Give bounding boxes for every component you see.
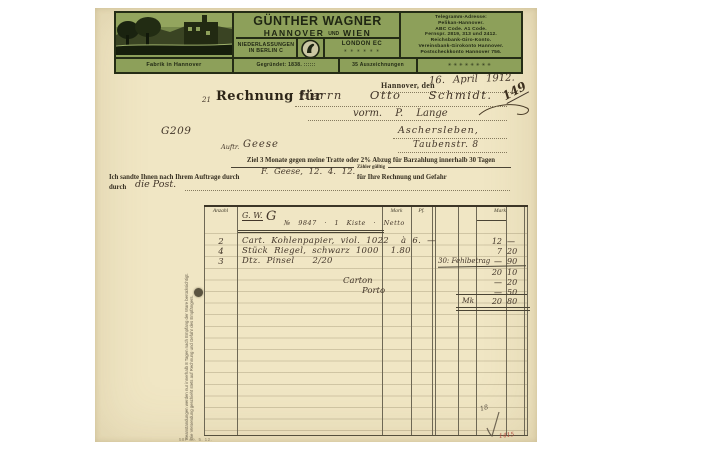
row-amount-pf: 20 <box>507 247 523 256</box>
margin-fine-print: Beanstandungen werden nur innerhalb 8 Ta… <box>184 210 194 440</box>
extra-row-pf: 50 <box>507 288 523 297</box>
shipping-sentence-end: für Ihre Rechnung und Gefahr <box>357 174 447 181</box>
street-rule <box>398 152 507 153</box>
scanned-invoice-photo: { "letterhead": { "company": "GÜNTHER WA… <box>0 0 720 450</box>
rule-right <box>388 167 511 168</box>
branches-city: IN BERLIN C <box>249 48 283 54</box>
form-number: 587 de. 5. 12. <box>179 437 212 442</box>
subtotal-pf: 10 <box>507 268 523 277</box>
branches-london: LONDON EC ✳ ✳ ✳ ✳ ✳ ✳ <box>325 39 399 57</box>
column-header-pf: Pf. <box>411 208 432 214</box>
extra-row-mark: — <box>474 288 502 297</box>
row-amount-mark: — <box>474 257 502 266</box>
london-label: LONDON EC <box>342 41 383 47</box>
total-double-rule <box>456 307 530 311</box>
subtotal-mark: 20 <box>474 268 502 277</box>
table-column-divider <box>527 207 528 436</box>
margin-fine-print-line: Die Versendung geschieht stets auf Rechn… <box>189 210 194 440</box>
via-handwritten: die Post. <box>135 179 176 190</box>
branches-label: NIEDERLASSUNGEN <box>238 42 295 48</box>
order-number: G209 <box>161 125 191 137</box>
telegram-address-block: Telegramm-Adresse: Pelikan-Hannover. ABC… <box>401 13 521 57</box>
row-amount-mark: 12 <box>474 237 502 246</box>
letterhead-center: GÜNTHER WAGNER HANNOVER UND WIEN NIEDERL… <box>236 13 401 57</box>
recipient-rule-2 <box>308 120 507 121</box>
row-description: Stück Riegel, schwarz 1000 1.80 <box>242 246 411 256</box>
pre-total-rule <box>456 294 527 295</box>
table-column-divider <box>458 207 459 436</box>
extra-row-label: Porto <box>362 286 385 296</box>
row-description: Cart. Kohlenpapier, viol. 1022 à 6. — <box>242 236 436 246</box>
amount-header-underline <box>477 220 506 221</box>
shipping-mark-initial: G <box>266 209 276 224</box>
margin-number: 21 <box>202 96 211 104</box>
total-pf: 80 <box>507 297 523 306</box>
table-column-divider <box>237 207 238 436</box>
table-column-divider <box>524 207 525 436</box>
column-header-amount: Mark <box>476 208 524 214</box>
awards-label: 35 Auszeichnungen <box>340 59 418 72</box>
founded-label: Gegründet: 1838. :::::: <box>234 59 340 72</box>
row-amount-pf: 90 <box>507 257 523 266</box>
london-ornament: ✳ ✳ ✳ ✳ ✳ ✳ <box>325 48 399 53</box>
branches-berlin: NIEDERLASSUNGEN IN BERLIN C <box>236 39 298 57</box>
row-description: Dtz. Pinsel 2/20 <box>242 256 333 266</box>
dateline-handwritten: 16. April 1912. <box>429 73 515 87</box>
factory-scene-icon <box>116 13 232 55</box>
pelican-emblem <box>298 39 325 57</box>
company-name: GÜNTHER WAGNER <box>236 14 399 28</box>
invoice-table: Anzahl Mark Pf. Mark G. W. G № 9847 · 1 … <box>204 205 530 438</box>
extra-row-pf: 20 <box>507 278 523 287</box>
table-top-border <box>204 205 528 207</box>
factory-location-label: Fabrik in Hannover <box>116 59 234 72</box>
row-amount-mark: 7 <box>474 247 502 256</box>
bottom-ornament: ✳ ✳ ✳ ✳ ✳ ✳ ✳ ✳ <box>418 59 521 72</box>
pelican-icon <box>298 39 323 59</box>
payment-terms: Ziel 3 Monate gegen meine Tratte oder 2%… <box>231 157 511 164</box>
total-currency: Mk <box>462 296 474 305</box>
row-qty: 3 <box>210 257 232 267</box>
total-mark: 20 <box>474 297 502 306</box>
letterhead-branches-row: NIEDERLASSUNGEN IN BERLIN C LONDON EC ✳ … <box>236 37 399 57</box>
letterhead: GÜNTHER WAGNER HANNOVER UND WIEN NIEDERL… <box>114 11 523 74</box>
extra-row-label: Carton <box>343 276 373 286</box>
letterhead-bottom-strip: Fabrik in Hannover Gegründet: 1838. ::::… <box>116 57 521 72</box>
clerk-note-name: Geese <box>243 139 279 150</box>
clerk-note-label: Auftr. <box>221 143 239 151</box>
via-label: durch <box>109 184 126 191</box>
recipient-rule <box>295 106 507 107</box>
column-header-mark: Mark <box>382 208 411 214</box>
telegram-line: Vereinsbank-Girokonto Hannover. <box>401 44 521 50</box>
invoice-sheet: GÜNTHER WAGNER HANNOVER UND WIEN NIEDERL… <box>95 8 537 442</box>
extra-row-mark: — <box>474 278 502 287</box>
city-rule <box>393 138 507 139</box>
shipping-mark-detail: № 9847 · 1 Kiste · Netto <box>284 219 405 227</box>
table-column-divider <box>204 207 205 436</box>
via-rule <box>185 190 510 191</box>
shipping-handwritten: F. Geese, 12. 4. 12. <box>261 167 355 177</box>
recipient-street: Taubenstr. 8 <box>413 140 479 150</box>
column-header-qty: Anzahl <box>204 208 237 214</box>
pen-flourish <box>477 100 532 120</box>
row-qty: 4 <box>210 247 232 257</box>
recipient-name: Herrn Otto Schmidt. <box>300 88 493 102</box>
shipping-mark-rule <box>238 230 384 233</box>
recipient-formerly: vorm. P. Lange <box>353 108 448 119</box>
table-bottom-border <box>204 435 528 436</box>
shipping-mark-gw: G. W. <box>242 211 263 221</box>
row-amount-pf: — <box>507 237 523 246</box>
punch-hole <box>194 288 203 297</box>
payment-terms-sub: Zähler gülltig <box>357 165 385 170</box>
telegram-line: Postscheckkonto Hannover 756. <box>401 50 521 56</box>
row-qty: 2 <box>210 237 232 247</box>
factory-illustration <box>116 13 234 57</box>
red-stamp-number: 1415 <box>499 431 515 440</box>
recipient-city: Aschersleben, <box>398 125 479 136</box>
